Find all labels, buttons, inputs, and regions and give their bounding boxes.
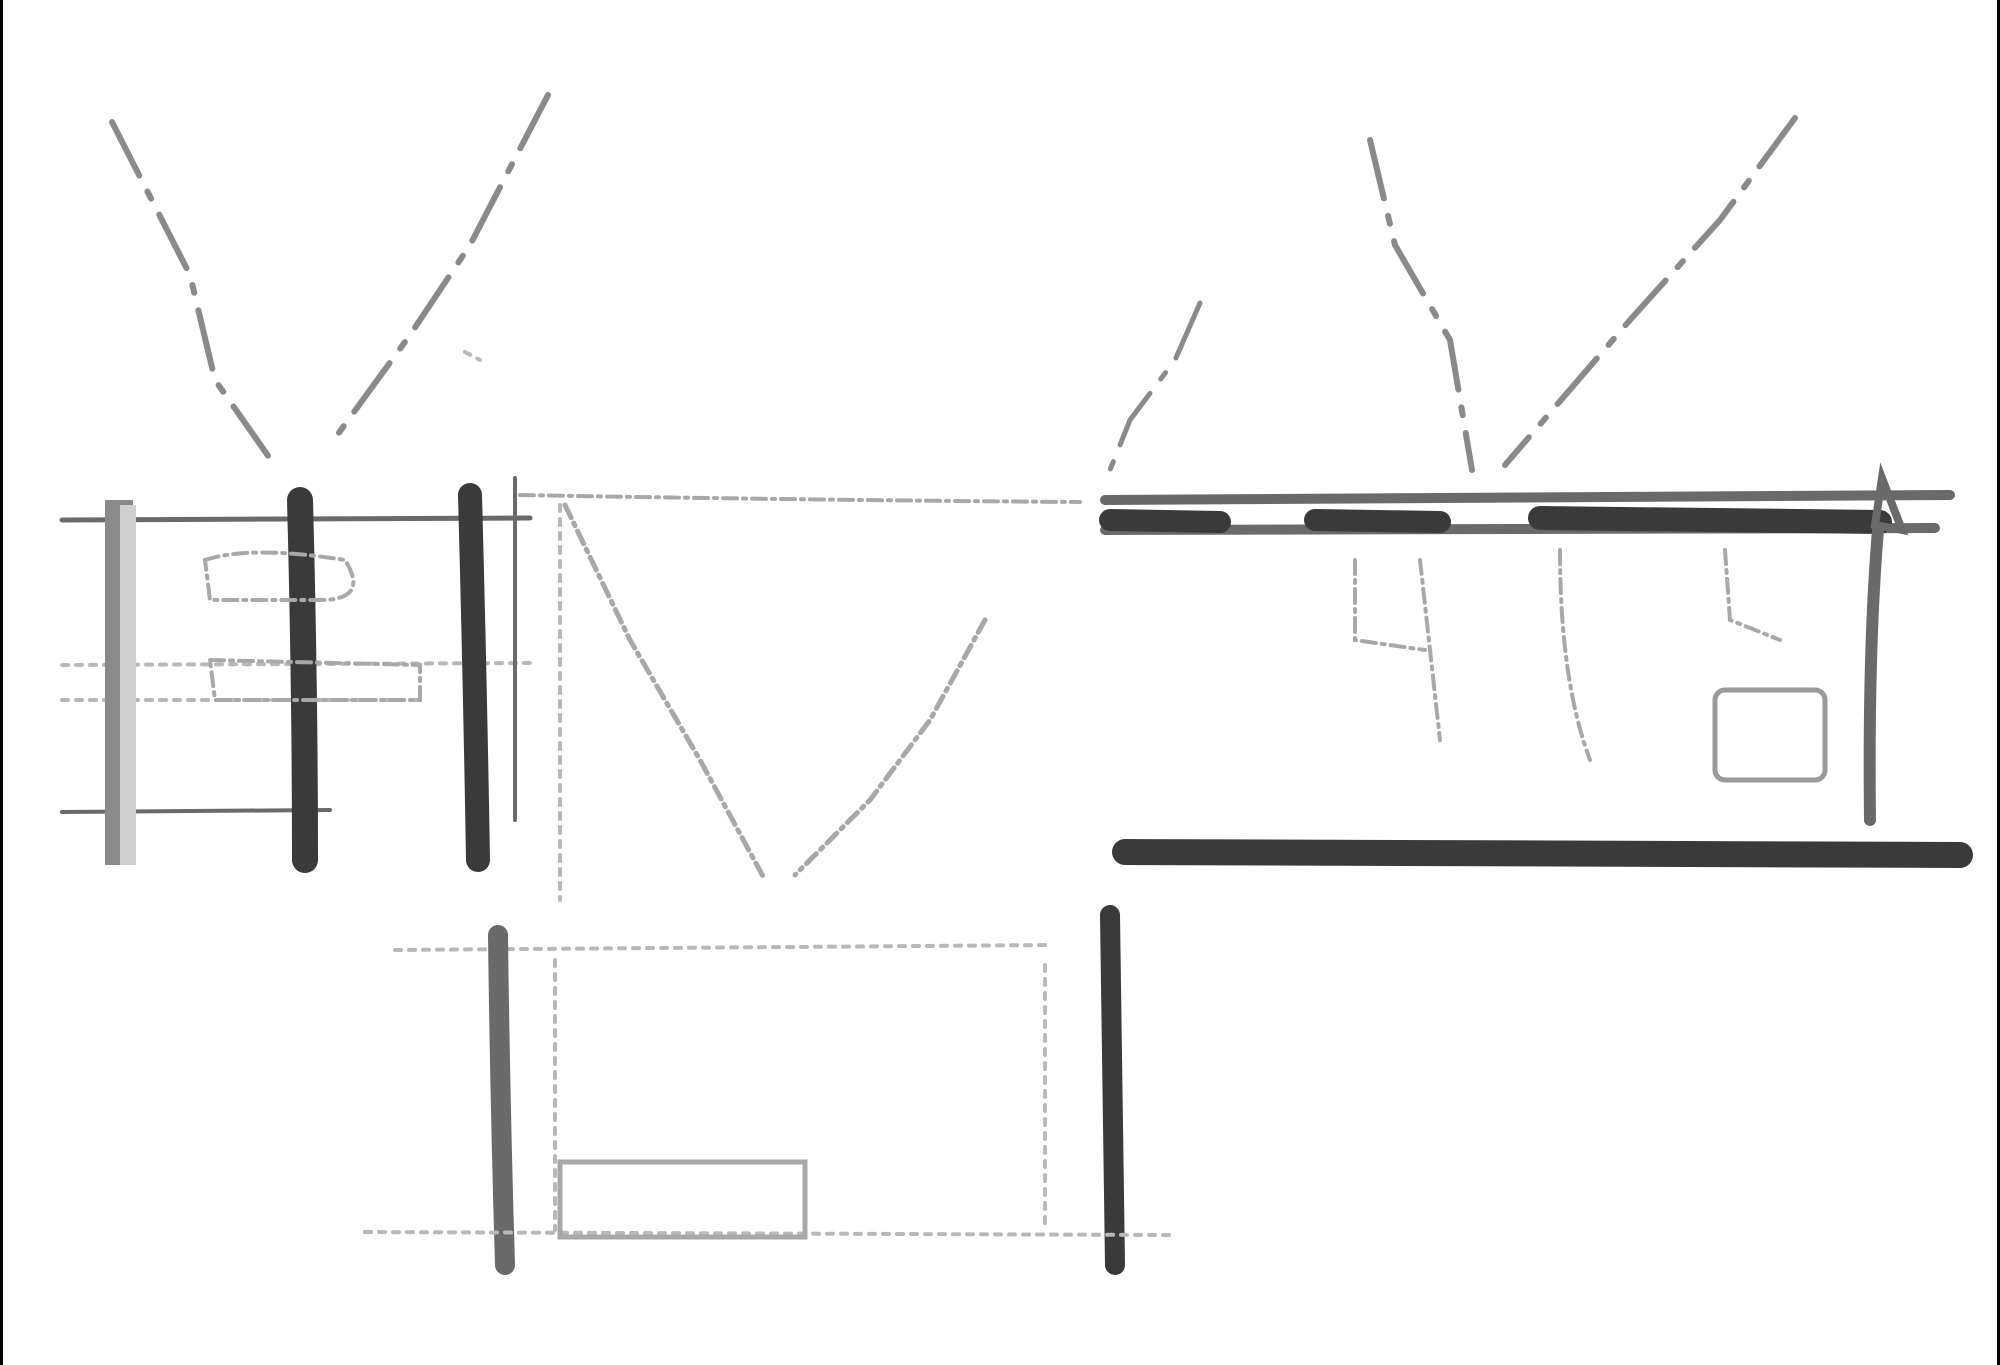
lower-wing [365, 915, 1170, 1265]
furniture-box-lower [560, 1162, 805, 1237]
right-wing [1105, 478, 1960, 855]
light-rays-center [565, 505, 985, 880]
light-rays-right [1110, 118, 1795, 470]
architectural-sketch [0, 0, 2000, 1365]
central-courtyard [520, 495, 1080, 900]
furniture-box-right [1715, 690, 1825, 780]
left-wing [62, 478, 530, 865]
light-rays-left [112, 95, 548, 470]
